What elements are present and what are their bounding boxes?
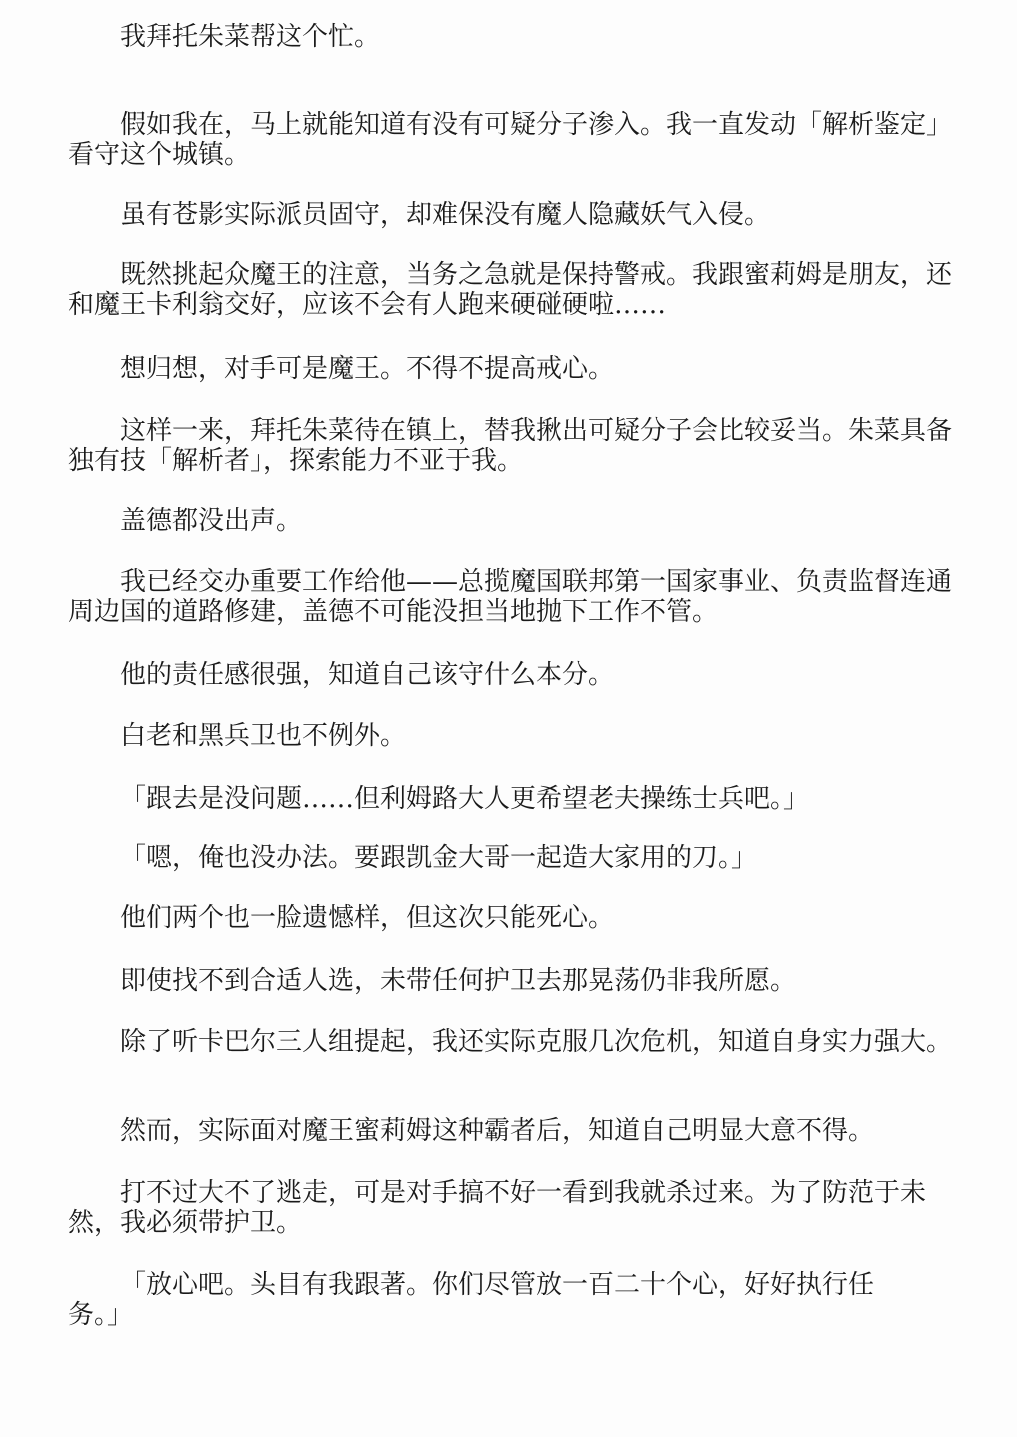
paragraph: 他的责任感很强，知道自己该守什么本分。 [68,660,952,690]
paragraph: 我已经交办重要工作给他——总揽魔国联邦第一国家事业、负责监督连通周边国的道路修建… [68,567,952,627]
paragraph: 既然挑起众魔王的注意，当务之急就是保持警戒。我跟蜜莉姆是朋友，还和魔王卡利翁交好… [68,260,952,320]
dialogue-paragraph: 「跟去是没问题……但利姆路大人更希望老夫操练士兵吧。」 [68,784,952,814]
paragraph: 虽有苍影实际派员固守，却难保没有魔人隐藏妖气入侵。 [68,200,952,230]
paragraph: 假如我在，马上就能知道有没有可疑分子渗入。我一直发动「解析鉴定」看守这个城镇。 [68,110,952,170]
paragraph: 然而，实际面对魔王蜜莉姆这种霸者后，知道自己明显大意不得。 [68,1116,952,1146]
paragraph: 想归想，对手可是魔王。不得不提高戒心。 [68,354,952,384]
paragraph: 白老和黑兵卫也不例外。 [68,721,952,751]
paragraph: 盖德都没出声。 [68,506,952,536]
paragraph: 我拜托朱菜帮这个忙。 [68,22,952,52]
dialogue-paragraph: 「放心吧。头目有我跟著。你们尽管放一百二十个心，好好执行任务。」 [68,1270,898,1330]
paragraph: 即使找不到合适人选，未带任何护卫去那晃荡仍非我所愿。 [68,966,952,996]
paragraph: 打不过大不了逃走，可是对手搞不好一看到我就杀过来。为了防范于未然，我必须带护卫。 [68,1178,952,1238]
paragraph: 除了听卡巴尔三人组提起，我还实际克服几次危机，知道自身实力强大。 [68,1027,952,1057]
dialogue-paragraph: 「嗯，俺也没办法。要跟凯金大哥一起造大家用的刀。」 [68,843,952,873]
paragraph: 他们两个也一脸遗憾样，但这次只能死心。 [68,903,952,933]
paragraph: 这样一来，拜托朱菜待在镇上，替我揪出可疑分子会比较妥当。朱菜具备独有技「解析者」… [68,416,952,476]
